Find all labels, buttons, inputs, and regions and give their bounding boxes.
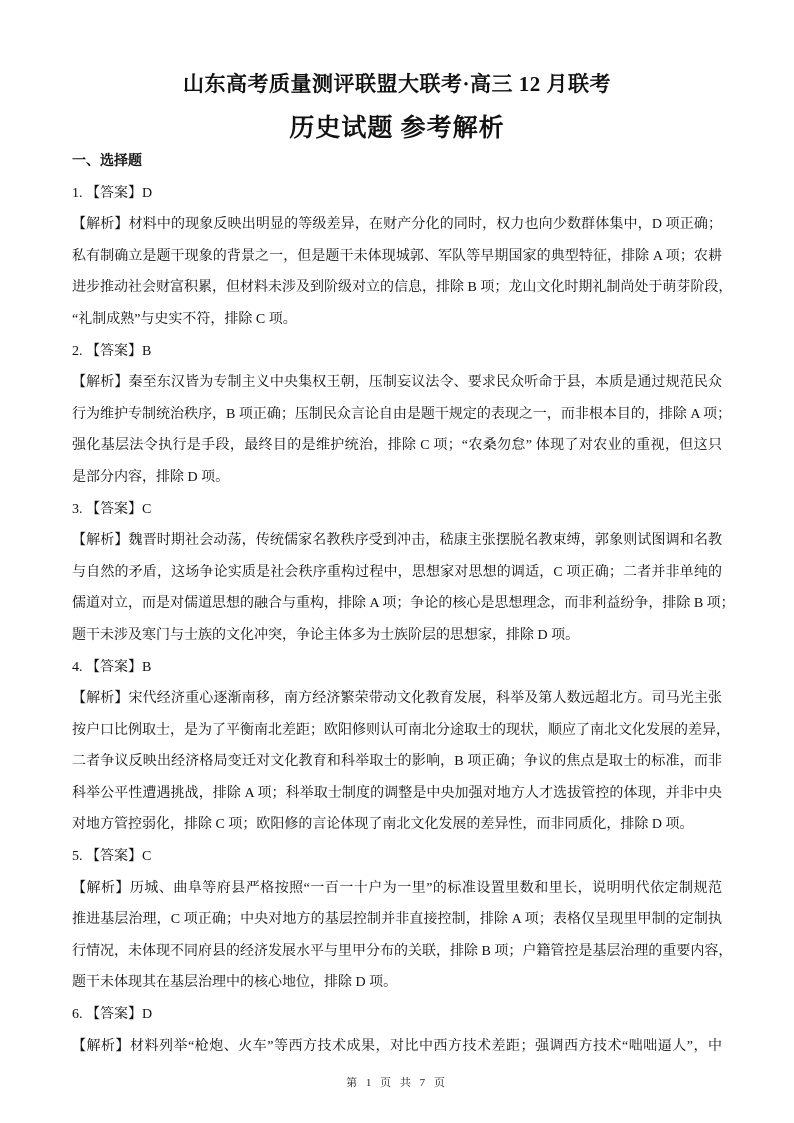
answer-line-q4: 4. 【答案】B	[72, 652, 722, 684]
explanation-line: 与自然的矛盾，这场争论实质是社会秩序重构过程中，思想家对思想的调适，C 项正确；…	[72, 557, 722, 589]
explanation-line: 【解析】秦至东汉皆为专制主义中央集权王朝，压制妄议法令、要求民众听命于县，本质是…	[72, 367, 722, 399]
explanation-line: 二者争议反映出经济格局变迁对文化教育和科举取士的影响，B 项正确；争议的焦点是取…	[72, 746, 722, 778]
explanation-line: 【解析】魏晋时期社会动荡，传统儒家名教秩序受到冲击，嵇康主张摆脱名教束缚，郭象则…	[72, 525, 722, 557]
explanation-line: “礼制成熟”与史实不符，排除 C 项。	[72, 304, 722, 336]
answer-line-q6: 6. 【答案】D	[72, 999, 722, 1031]
explanation-line: 题干未体现其在基层治理中的核心地位，排除 D 项。	[72, 967, 722, 999]
explanation-line: 进步推动社会财富积累，但材料未涉及到阶级对立的信息，排除 B 项；龙山文化时期礼…	[72, 272, 722, 304]
explanation-line: 【解析】材料列举“枪炮、火车”等西方技术成果，对比中西方技术差距；强调西方技术“…	[72, 1031, 722, 1063]
section-heading: 一、选择题	[72, 146, 722, 178]
explanation-line: 儒道对立，而是对儒道思想的融合与重构，排除 A 项；争论的核心是思想理念，而非利…	[72, 588, 722, 620]
document-subtitle: 历史试题 参考解析	[0, 108, 794, 144]
document-body: 一、选择题 1. 【答案】D 【解析】材料中的现象反映出明显的等级差异，在财产分…	[72, 146, 722, 1062]
explanation-line: 行为维护专制统治秩序，B 项正确；压制民众言论自由是题干规定的表现之一，而非根本…	[72, 399, 722, 431]
answer-line-q1: 1. 【答案】D	[72, 178, 722, 210]
explanation-line: 对地方管控弱化，排除 C 项；欧阳修的言论体现了南北文化发展的差异性，而非同质化…	[72, 809, 722, 841]
explanation-line: 科举公平性遭遇挑战，排除 A 项；科举取士制度的调整是中央加强对地方人才选拔管控…	[72, 778, 722, 810]
explanation-line: 【解析】材料中的现象反映出明显的等级差异，在财产分化的同时，权力也向少数群体集中…	[72, 209, 722, 241]
explanation-line: 推进基层治理，C 项正确；中央对地方的基层控制并非直接控制，排除 A 项；表格仅…	[72, 904, 722, 936]
explanation-line: 私有制确立是题干现象的背景之一，但是题干未体现城郭、军队等早期国家的典型特征，排…	[72, 241, 722, 273]
explanation-line: 按户口比例取士，是为了平衡南北差距；欧阳修则认可南北分途取士的现状，顺应了南北文…	[72, 715, 722, 747]
document-title: 山东高考质量测评联盟大联考·高三 12 月联考	[0, 68, 794, 98]
answer-line-q2: 2. 【答案】B	[72, 336, 722, 368]
explanation-line: 【解析】历城、曲阜等府县严格按照“一百一十户为一里”的标准设置里数和里长，说明明…	[72, 873, 722, 905]
explanation-line: 题干未涉及寒门与士族的文化冲突，争论主体多为士族阶层的思想家，排除 D 项。	[72, 620, 722, 652]
answer-line-q5: 5. 【答案】C	[72, 841, 722, 873]
explanation-line: 强化基层法令执行是手段，最终目的是维护统治，排除 C 项；“农桑勿怠” 体现了对…	[72, 430, 722, 462]
explanation-line: 行情况，未体现不同府县的经济发展水平与里甲分布的关联，排除 B 项；户籍管控是基…	[72, 936, 722, 968]
answer-line-q3: 3. 【答案】C	[72, 494, 722, 526]
page-number: 第 1 页 共 7 页	[0, 1074, 794, 1090]
explanation-line: 【解析】宋代经济重心逐渐南移，南方经济繁荣带动文化教育发展，科举及第人数远超北方…	[72, 683, 722, 715]
explanation-line: 是部分内容，排除 D 项。	[72, 462, 722, 494]
